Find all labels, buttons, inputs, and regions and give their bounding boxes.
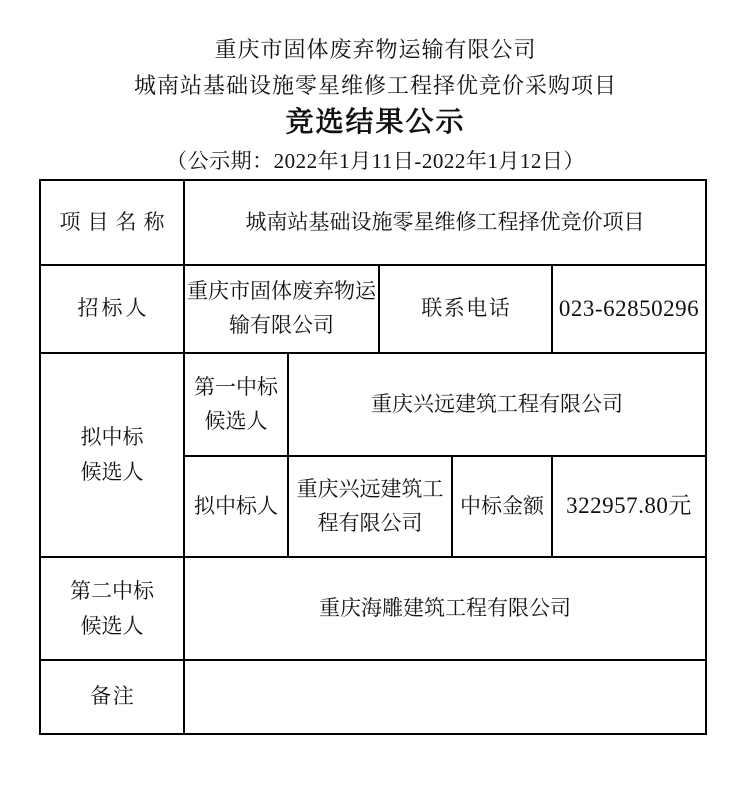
second-candidate-value: 重庆海雕建筑工程有限公司 [185,558,705,661]
candidates-label: 拟中标 候选人 [41,354,185,558]
project-name-line: 城南站基础设施零星维修工程择优竞价采购项目 [0,69,751,100]
proposed-winner-value: 重庆兴远建筑工 程有限公司 [289,457,453,558]
publicity-period: （公示期：2022年1月11日-2022年1月12日） [0,145,751,175]
remark-value [185,661,705,733]
announcement-document: 重庆市固体废弃物运输有限公司 城南站基础设施零星维修工程择优竞价采购项目 竞选结… [0,0,751,788]
proposed-winner-label: 拟中标人 [185,457,289,558]
first-candidate-label: 第一中标 候选人 [185,354,289,457]
result-table: 项目名称 城南站基础设施零星维修工程择优竞价项目 招标人 重庆市固体废弃物运 输… [39,179,707,735]
company-name-line: 重庆市固体废弃物运输有限公司 [0,33,751,64]
tenderee-label: 招标人 [41,266,185,354]
winning-amount-label: 中标金额 [453,457,553,558]
second-candidate-label: 第二中标 候选人 [41,558,185,661]
remark-label: 备注 [41,661,185,733]
contact-phone-label: 联系电话 [380,266,553,354]
winning-amount-value: 322957.80元 [553,457,705,558]
page-title: 竞选结果公示 [0,100,751,140]
project-name-label: 项目名称 [41,181,185,266]
first-candidate-value: 重庆兴远建筑工程有限公司 [289,354,705,457]
project-name-value: 城南站基础设施零星维修工程择优竞价项目 [185,181,705,266]
tenderee-value: 重庆市固体废弃物运 输有限公司 [185,266,380,354]
contact-phone-value: 023-62850296 [553,266,705,354]
